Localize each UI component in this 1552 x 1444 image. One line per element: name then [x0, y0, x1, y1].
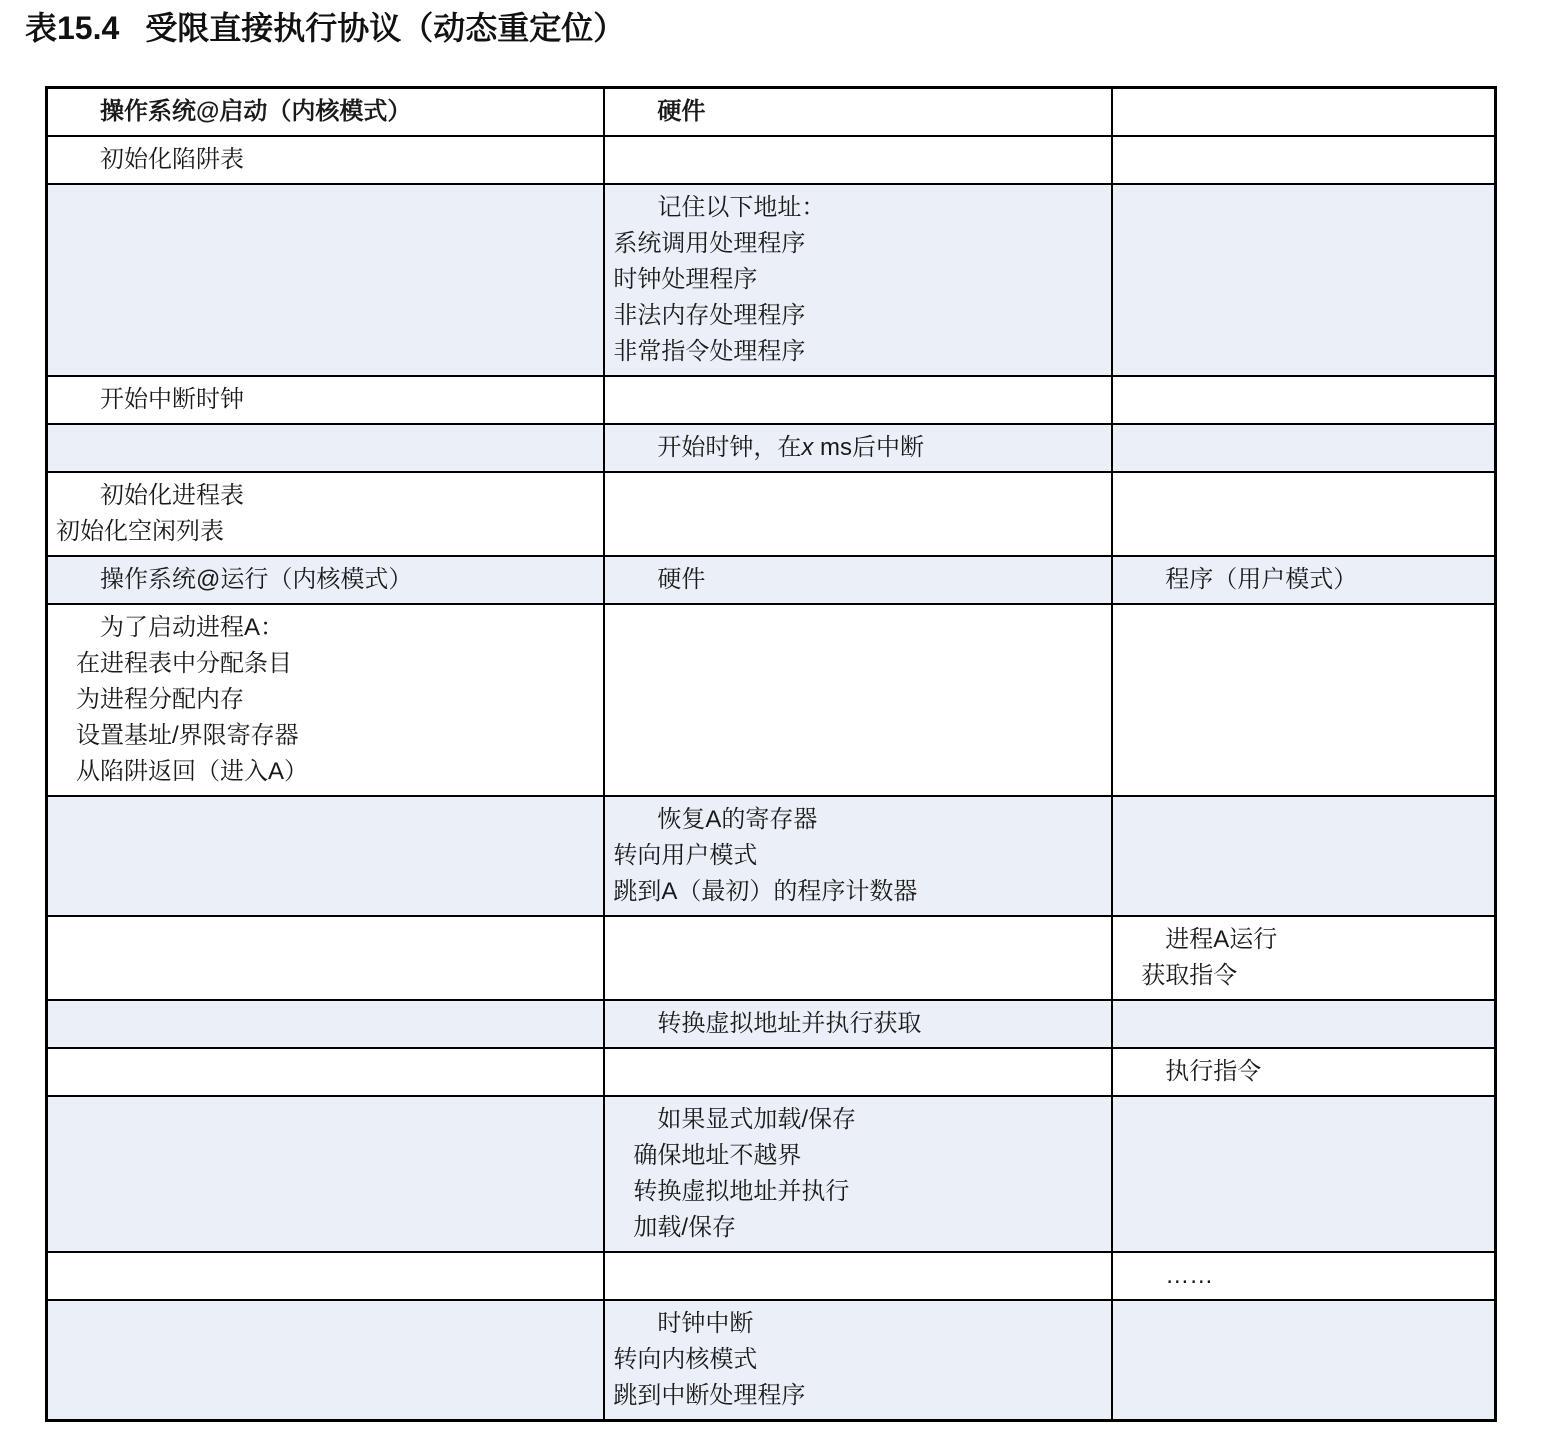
row-os-run-header: 操作系统@运行（内核模式）硬件程序（用户模式） [47, 556, 1496, 604]
cell-os [47, 1252, 605, 1300]
cell-line: 非常指令处理程序 [613, 334, 1101, 370]
cell-line: 操作系统@运行（内核模式） [56, 562, 593, 598]
cell-program: 执行指令 [1112, 1048, 1495, 1096]
cell-line: 硬件 [613, 562, 1101, 598]
cell-line: 时钟处理程序 [613, 262, 1101, 298]
cell-hardware: 硬件 [604, 88, 1112, 137]
cell-line: 时钟中断 [613, 1306, 1101, 1342]
cell-os [47, 796, 605, 916]
cell-os: 初始化进程表初始化空闲列表 [47, 472, 605, 556]
cell-program [1112, 796, 1495, 916]
cell-line: 程序（用户模式） [1121, 562, 1484, 598]
cell-line: 为进程分配内存 [56, 682, 593, 718]
page: 表15.4受限直接执行协议（动态重定位） 操作系统@启动（内核模式）硬件初始化陷… [0, 6, 1552, 1444]
cell-program [1112, 604, 1495, 796]
cell-line: 跳到中断处理程序 [613, 1378, 1101, 1414]
cell-hardware [604, 1252, 1112, 1300]
cell-line: 获取指令 [1121, 958, 1484, 994]
row-os-boot-header: 操作系统@启动（内核模式）硬件 [47, 88, 1496, 137]
cell-hardware [604, 136, 1112, 184]
cell-line: 执行指令 [1121, 1054, 1484, 1090]
cell-line: 硬件 [613, 94, 1101, 130]
cell-program: 程序（用户模式） [1112, 556, 1495, 604]
row-ellipsis: …… [47, 1252, 1496, 1300]
cell-hardware [604, 604, 1112, 796]
cell-line: 设置基址/界限寄存器 [56, 718, 593, 754]
cell-line: 开始中断时钟 [56, 382, 593, 418]
ldx-protocol-table: 操作系统@启动（内核模式）硬件初始化陷阱表记住以下地址：系统调用处理程序时钟处理… [45, 86, 1497, 1422]
cell-hardware: 恢复A的寄存器转向用户模式跳到A（最初）的程序计数器 [604, 796, 1112, 916]
cell-line: 转换虚拟地址并执行获取 [613, 1006, 1101, 1042]
row-start-process-a: 为了启动进程A：在进程表中分配条目为进程分配内存设置基址/界限寄存器从陷阱返回（… [47, 604, 1496, 796]
cell-hardware: 如果显式加载/保存确保地址不越界转换虚拟地址并执行加载/保存 [604, 1096, 1112, 1252]
cell-hardware [604, 916, 1112, 1000]
row-timer-interrupt: 时钟中断转向内核模式跳到中断处理程序 [47, 1300, 1496, 1421]
cell-os [47, 184, 605, 376]
cell-program [1112, 376, 1495, 424]
cell-os [47, 1048, 605, 1096]
row-start-interrupt-timer: 开始中断时钟 [47, 376, 1496, 424]
cell-os: 为了启动进程A：在进程表中分配条目为进程分配内存设置基址/界限寄存器从陷阱返回（… [47, 604, 605, 796]
cell-hardware: 记住以下地址：系统调用处理程序时钟处理程序非法内存处理程序非常指令处理程序 [604, 184, 1112, 376]
cell-hardware [604, 1048, 1112, 1096]
cell-hardware [604, 472, 1112, 556]
cell-program [1112, 424, 1495, 472]
cell-hardware: 转换虚拟地址并执行获取 [604, 1000, 1112, 1048]
row-restore-registers-a: 恢复A的寄存器转向用户模式跳到A（最初）的程序计数器 [47, 796, 1496, 916]
table-caption: 表15.4受限直接执行协议（动态重定位） [25, 6, 1552, 50]
cell-line: 从陷阱返回（进入A） [56, 754, 593, 790]
cell-program [1112, 184, 1495, 376]
cell-line: 加载/保存 [613, 1210, 1101, 1246]
cell-line: 恢复A的寄存器 [613, 802, 1101, 838]
cell-line: 进程A运行 [1121, 922, 1484, 958]
cell-line: …… [1121, 1258, 1484, 1294]
cell-os: 初始化陷阱表 [47, 136, 605, 184]
cell-line: 初始化空闲列表 [56, 514, 593, 550]
row-init-trap-table: 初始化陷阱表 [47, 136, 1496, 184]
cell-os [47, 1300, 605, 1421]
cell-program [1112, 472, 1495, 556]
cell-program [1112, 1300, 1495, 1421]
cell-os: 操作系统@运行（内核模式） [47, 556, 605, 604]
cell-os: 开始中断时钟 [47, 376, 605, 424]
row-start-timer: 开始时钟，在x ms后中断 [47, 424, 1496, 472]
table-body: 操作系统@启动（内核模式）硬件初始化陷阱表记住以下地址：系统调用处理程序时钟处理… [47, 88, 1496, 1421]
cell-line: 转向内核模式 [613, 1342, 1101, 1378]
cell-line: 确保地址不越界 [613, 1138, 1101, 1174]
cell-line: 如果显式加载/保存 [613, 1102, 1101, 1138]
cell-line: 跳到A（最初）的程序计数器 [613, 874, 1101, 910]
row-execute-instruction: 执行指令 [47, 1048, 1496, 1096]
row-translate-and-fetch: 转换虚拟地址并执行获取 [47, 1000, 1496, 1048]
cell-line: 记住以下地址： [613, 190, 1101, 226]
cell-line: 在进程表中分配条目 [56, 646, 593, 682]
row-explicit-load-store: 如果显式加载/保存确保地址不越界转换虚拟地址并执行加载/保存 [47, 1096, 1496, 1252]
cell-line: 操作系统@启动（内核模式） [56, 94, 593, 130]
row-process-a-runs: 进程A运行获取指令 [47, 916, 1496, 1000]
cell-hardware: 时钟中断转向内核模式跳到中断处理程序 [604, 1300, 1112, 1421]
cell-program [1112, 1096, 1495, 1252]
cell-hardware: 开始时钟，在x ms后中断 [604, 424, 1112, 472]
cell-line: 初始化陷阱表 [56, 142, 593, 178]
cell-os: 操作系统@启动（内核模式） [47, 88, 605, 137]
cell-line: 初始化进程表 [56, 478, 593, 514]
cell-os [47, 1096, 605, 1252]
cell-program [1112, 136, 1495, 184]
cell-line: 非法内存处理程序 [613, 298, 1101, 334]
cell-os [47, 1000, 605, 1048]
cell-os [47, 424, 605, 472]
cell-program [1112, 1000, 1495, 1048]
cell-line: 开始时钟，在x ms后中断 [613, 430, 1101, 466]
row-init-process-table: 初始化进程表初始化空闲列表 [47, 472, 1496, 556]
cell-os [47, 916, 605, 1000]
cell-hardware [604, 376, 1112, 424]
cell-line: 为了启动进程A： [56, 610, 593, 646]
row-remember-addresses: 记住以下地址：系统调用处理程序时钟处理程序非法内存处理程序非常指令处理程序 [47, 184, 1496, 376]
cell-program: …… [1112, 1252, 1495, 1300]
cell-line: 系统调用处理程序 [613, 226, 1101, 262]
cell-hardware: 硬件 [604, 556, 1112, 604]
cell-program: 进程A运行获取指令 [1112, 916, 1495, 1000]
table-title-text: 受限直接执行协议（动态重定位） [145, 10, 625, 46]
cell-line: 转换虚拟地址并执行 [613, 1174, 1101, 1210]
cell-line: 转向用户模式 [613, 838, 1101, 874]
cell-program [1112, 88, 1495, 137]
table-number: 表15.4 [25, 10, 119, 46]
